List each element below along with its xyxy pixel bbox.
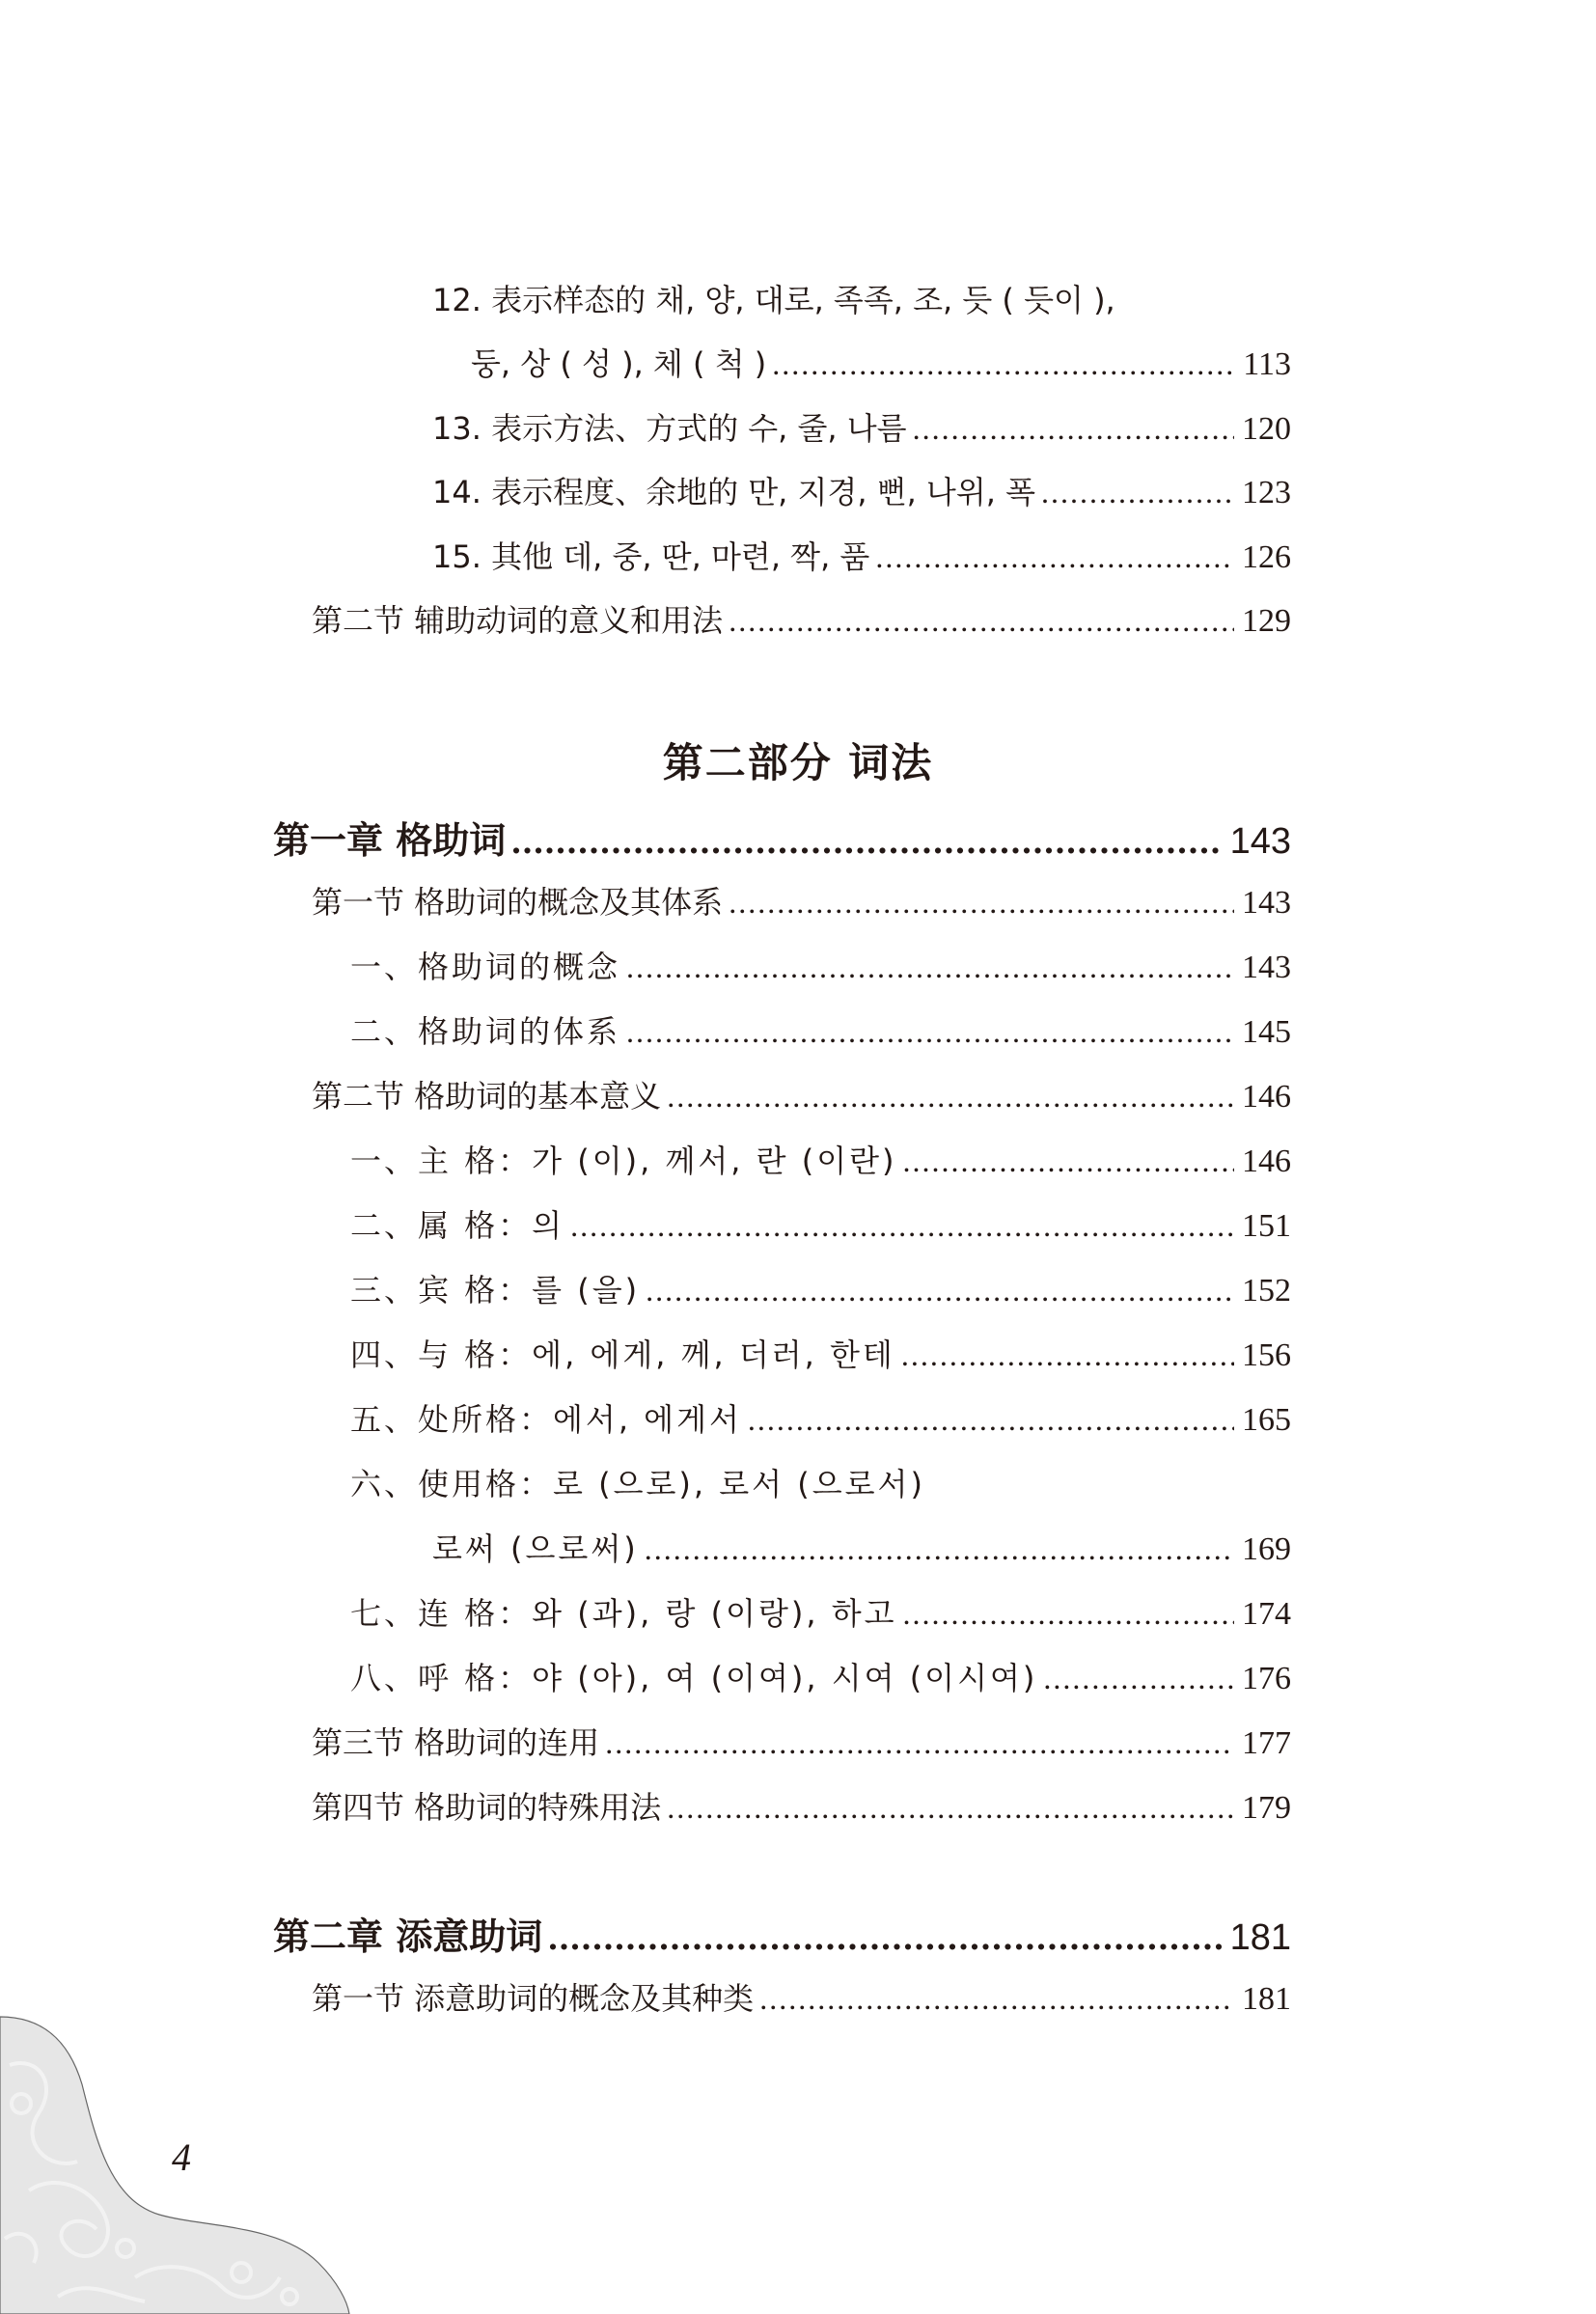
toc-entry-label: 15. 其他 데, 중, 딴, 마련, 짝, 품: [432, 533, 869, 577]
toc-entry-page: 177: [1242, 1725, 1291, 1762]
toc-entry-page: 179: [1242, 1790, 1291, 1827]
toc-entry-page: 165: [1242, 1402, 1291, 1439]
toc-entry[interactable]: 第三节 格助词的连用 177: [312, 1719, 1291, 1763]
dot-leader: [729, 885, 1234, 921]
toc-entry[interactable]: 第二节 格助词的基本意义 146: [312, 1072, 1291, 1116]
dot-leader: [626, 950, 1234, 985]
dot-leader: [667, 1790, 1234, 1826]
toc-entry-item-14[interactable]: 14. 表示程度、余地的 만, 지경, 뻔, 나위, 폭 123: [432, 468, 1291, 512]
dot-leader: [548, 1916, 1222, 1959]
toc-entry-item-13[interactable]: 13. 表示方法、方式的 수, 줄, 나름 120: [432, 404, 1291, 449]
toc-entry-label: 第二节 辅助动词的意义和用法: [312, 596, 723, 641]
toc-entry-page: 120: [1242, 411, 1291, 448]
dot-leader: [913, 411, 1234, 447]
toc-entry[interactable]: 二、格助词的体系 145: [350, 1007, 1291, 1052]
dot-leader: [646, 1273, 1234, 1309]
toc-entry-section-aux-verbs[interactable]: 第二节 辅助动词的意义和用法 129: [312, 596, 1291, 641]
dot-leader: [748, 1402, 1234, 1438]
toc-entry[interactable]: 一、格助词的概念 143: [350, 943, 1291, 987]
dot-leader: [901, 1337, 1234, 1373]
toc-entry-page: 129: [1242, 603, 1291, 640]
toc-entry-label: 八、呼 格：야 (아), 여 (이여), 시여 (이시여): [350, 1654, 1037, 1698]
dot-leader: [511, 820, 1222, 863]
toc-entry[interactable]: 第四节 格助词的特殊用法 179: [312, 1783, 1291, 1828]
toc-entry-item-12-cont[interactable]: 둥, 상 ( 성 ), 체 ( 척 ) 113: [471, 340, 1291, 384]
toc-entry-page: 152: [1242, 1273, 1291, 1309]
toc-entry[interactable]: 五、处所格：에서, 에게서 165: [350, 1395, 1291, 1440]
toc-entry-label: 六、使用格：로 (으로), 로서 (으로서): [350, 1460, 925, 1504]
toc-entry-label: 第一节 格助词的概念及其体系: [312, 878, 723, 923]
toc-entry[interactable]: 四、与 格：에, 에게, 께, 더러, 한테 156: [350, 1331, 1291, 1375]
dot-leader: [626, 1014, 1234, 1050]
toc-entry-label: 七、连 格：와 (과), 랑 (이랑), 하고: [350, 1589, 897, 1634]
toc-entry-label: 四、与 格：에, 에게, 께, 더러, 한테: [350, 1331, 895, 1375]
toc-entry-item-15[interactable]: 15. 其他 데, 중, 딴, 마련, 짝, 품 126: [432, 533, 1291, 577]
toc-entry-label: 第一节 添意助词的概念及其种类: [312, 1974, 754, 2019]
toc-entry-page: 145: [1242, 1014, 1291, 1051]
toc-entry[interactable]: 三、宾 格：를 (을) 152: [350, 1266, 1291, 1310]
toc-entry-page: 156: [1242, 1337, 1291, 1374]
page-number: 4: [172, 2135, 191, 2180]
toc-entry-label: 三、宾 格：를 (을): [350, 1266, 640, 1310]
toc-entry-page: 181: [1242, 1981, 1291, 2018]
toc-entry[interactable]: 第一节 添意助词的概念及其种类 181: [312, 1974, 1291, 2019]
dot-leader: [903, 1143, 1234, 1179]
dot-leader: [772, 346, 1235, 382]
toc-entry-page: 146: [1242, 1143, 1291, 1180]
toc-entry-page: 151: [1242, 1208, 1291, 1245]
toc-entry-label: 一、格助词的概念: [350, 943, 620, 987]
toc-page: 12. 表示样态的 채, 양, 대로, 족족, 조, 듯 ( 듯이 ), 둥, …: [0, 0, 1596, 2314]
toc-entry-label: 一、主 格：가 (이), 께서, 란 (이란): [350, 1137, 897, 1181]
toc-entry[interactable]: 로써 (으로써) 169: [432, 1525, 1291, 1569]
toc-chapter-page: 143: [1230, 821, 1291, 863]
toc-entry[interactable]: 八、呼 格：야 (아), 여 (이여), 시여 (이시여) 176: [350, 1654, 1291, 1698]
toc-chapter-page: 181: [1230, 1917, 1291, 1959]
toc-chapter-label: 第一章 格助词: [273, 811, 506, 864]
toc-entry-label: 14. 表示程度、余地的 만, 지경, 뻔, 나위, 폭: [432, 468, 1035, 512]
toc-entry-label: 二、属 格：의: [350, 1201, 564, 1246]
toc-entry[interactable]: 六、使用格：로 (으로), 로서 (으로서): [350, 1460, 1291, 1504]
toc-entry-label: 第三节 格助词的连用: [312, 1719, 599, 1763]
toc-entry-page: 143: [1242, 950, 1291, 986]
toc-entry-page: 123: [1242, 475, 1291, 511]
toc-entry-page: 143: [1242, 885, 1291, 922]
toc-entry-page: 146: [1242, 1079, 1291, 1116]
toc-entry-label: 第二节 格助词的基本意义: [312, 1072, 661, 1116]
toc-entry-label: 13. 表示方法、方式的 수, 줄, 나름: [432, 404, 907, 449]
toc-entry-page: 176: [1242, 1661, 1291, 1697]
toc-entry-item-12[interactable]: 12. 表示样态的 채, 양, 대로, 족족, 조, 듯 ( 듯이 ),: [432, 276, 1291, 320]
dot-leader: [605, 1725, 1234, 1761]
dot-leader: [570, 1208, 1234, 1244]
dot-leader: [1043, 1661, 1234, 1696]
toc-entry-label: 둥, 상 ( 성 ), 체 ( 척 ): [471, 340, 766, 384]
toc-entry[interactable]: 一、主 格：가 (이), 께서, 란 (이란) 146: [350, 1137, 1291, 1181]
toc-entry[interactable]: 七、连 格：와 (과), 랑 (이랑), 하고 174: [350, 1589, 1291, 1634]
dot-leader: [903, 1596, 1234, 1632]
toc-entry-page: 113: [1243, 346, 1291, 383]
dot-leader: [667, 1079, 1234, 1115]
toc-chapter-2[interactable]: 第二章 添意助词 181: [273, 1907, 1291, 1960]
toc-entry-page: 126: [1242, 539, 1291, 576]
dot-leader: [1041, 475, 1234, 510]
dot-leader: [759, 1981, 1234, 2017]
dot-leader: [875, 539, 1234, 575]
dot-leader: [729, 603, 1234, 639]
toc-entry-page: 174: [1242, 1596, 1291, 1633]
toc-entry-label: 로써 (으로써): [432, 1525, 639, 1569]
toc-entry-label: 第四节 格助词的特殊用法: [312, 1783, 661, 1828]
toc-entry-label: 二、格助词的体系: [350, 1007, 620, 1052]
toc-chapter-label: 第二章 添意助词: [273, 1907, 542, 1960]
dot-leader: [645, 1531, 1234, 1567]
toc-entry[interactable]: 二、属 格：의 151: [350, 1201, 1291, 1246]
toc-entry-label: 五、处所格：에서, 에게서: [350, 1395, 742, 1440]
part-title: 第二部分 词法: [0, 731, 1596, 789]
toc-entry[interactable]: 第一节 格助词的概念及其体系 143: [312, 878, 1291, 923]
toc-chapter-1[interactable]: 第一章 格助词 143: [273, 811, 1291, 864]
toc-entry-label: 12. 表示样态的 채, 양, 대로, 족족, 조, 듯 ( 듯이 ),: [432, 276, 1115, 320]
toc-entry-page: 169: [1242, 1531, 1291, 1568]
